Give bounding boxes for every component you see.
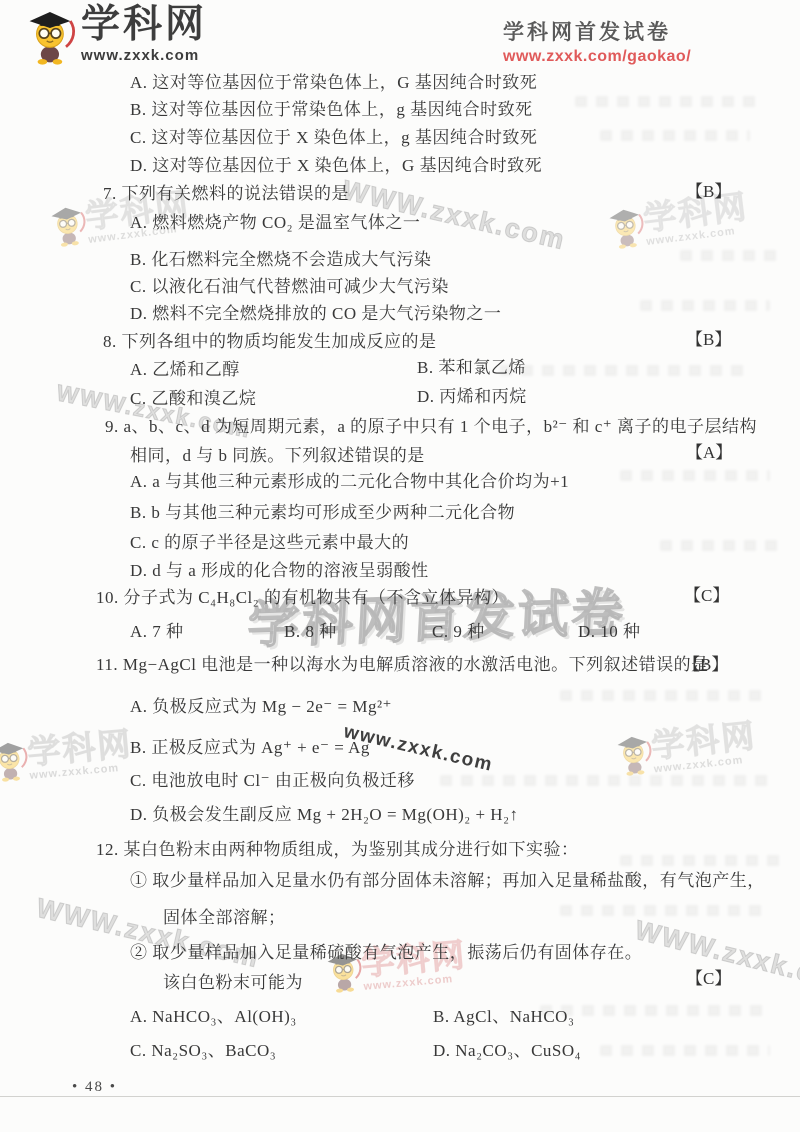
question-10-option-d: D. 10 种 [578,617,641,642]
bleedthrough-smudge [540,1005,770,1016]
bleedthrough-smudge [575,96,760,107]
question-6-option-d: D. 这对等位基因位于 X 染色体上，G 基因纯合时致死 [130,151,542,176]
page-number: • 48 • [72,1079,117,1096]
question-9-option-a: A. a 与其他三种元素形成的二元化合物中其化合价均为+1 [130,467,569,492]
answer-badge-11: 【B】 [683,650,728,675]
watermark-site-url: www.zxxk.com [653,753,759,776]
bleedthrough-smudge [660,540,780,551]
question-8-option-d: D. 丙烯和丙烷 [417,382,527,407]
question-6-option-b: B. 这对等位基因位于常染色体上，g 基因纯合时致死 [130,95,533,120]
bleedthrough-smudge [620,855,780,866]
zxxk-mascot-icon [24,5,78,65]
question-6-option-c: C. 这对等位基因位于 X 染色体上，g 基因纯合时致死 [130,123,537,148]
question-10-option-b: B. 8 种 [284,617,337,642]
question-11-stem: 11. Mg−AgCl 电池是一种以海水为电解质溶液的水激活电池。下列叙述错误的… [96,650,709,675]
question-9-stem-line1: 9. a、b、c、d 为短周期元素，a 的原子中只有 1 个电子，b²⁻ 和 c… [105,412,757,437]
answer-badge-10: 【C】 [684,581,729,606]
question-7-option-c: C. 以液化石油气代替燃油可减少大气污染 [130,272,449,297]
question-11-option-b: B. 正极反应式为 Ag⁺ + e⁻ = Ag [130,733,370,758]
question-12-option-c: C. Na₂SO₃、BaCO₃ [130,1036,276,1061]
question-7-option-d: D. 燃料不完全燃烧排放的 CO 是大气污染物之一 [130,299,501,324]
zxxk-logo-url: www.zxxk.com [81,47,207,64]
watermark-site-url: www.zxxk.com [646,223,752,248]
bottom-divider-line [0,1096,800,1097]
watermark-mascot-icon [0,736,30,783]
watermark-mascot-icon [606,202,647,250]
watermark-logo-mid-right: 学科网 www.zxxk.com [614,719,759,779]
watermark-mascot-icon [614,730,654,778]
question-11-option-d: D. 负极会发生副反应 Mg + 2H₂O = Mg(OH)₂ + H₂↑ [130,800,519,825]
question-10-option-a: A. 7 种 [130,617,184,642]
question-12-stem: 12. 某白色粉末由两种物质组成，为鉴别其成分进行如下实验： [96,835,579,860]
question-9-option-b: B. b 与其他三种元素均可形成至少两种二元化合物 [130,498,515,523]
bleedthrough-smudge [440,775,770,786]
question-7-option-a: A. 燃料燃烧产物 CO₂ 是温室气体之一 [130,208,420,233]
bleedthrough-smudge [600,130,750,141]
question-12-subquestion: 该白色粉末可能为 [163,968,303,993]
question-9-option-c: C. c 的原子半径是这些元素中最大的 [130,528,409,553]
question-6-option-a: A. 这对等位基因位于常染色体上，G 基因纯合时致死 [130,68,537,93]
header-right-block: 学科网首发试卷 www.zxxk.com/gaokao/ [503,16,691,66]
question-8-stem: 8. 下列各组中的物质均能发生加成反应的是 [103,327,437,352]
bleedthrough-smudge [620,470,770,481]
zxxk-logo: 学科网 www.zxxk.com [24,5,207,65]
bleedthrough-smudge [500,365,750,376]
scanned-exam-page: 学科网 www.zxxk.com 学科网首发试卷 www.zxxk.com/ga… [0,0,800,1132]
watermark-site-name: 学科网 [26,727,133,769]
watermark-logo-mid-left: 学科网 www.zxxk.com [0,727,135,785]
question-10-stem: 10. 分子式为 C₄H₈Cl₂ 的有机物共有（不含立体异构） [96,583,509,608]
zxxk-logo-name: 学科网 [81,5,207,46]
question-9-option-d: D. d 与 a 形成的化合物的溶液呈弱酸性 [130,556,429,581]
question-9-stem-line2: 相同，d 与 b 同族。下列叙述错误的是 [130,441,425,466]
question-12-step2: ② 取少量样品加入足量稀硫酸有气泡产生，振荡后仍有固体存在。 [130,938,642,963]
question-12-option-b: B. AgCl、NaHCO₃ [433,1002,574,1027]
bleedthrough-smudge [680,250,780,261]
answer-badge-7: 【B】 [686,177,731,202]
question-11-option-c: C. 电池放电时 Cl⁻ 由正极向负极迁移 [130,766,415,791]
question-11-option-a: A. 负极反应式为 Mg − 2e⁻ = Mg²⁺ [130,692,392,717]
bleedthrough-smudge [640,300,770,311]
question-12-option-d: D. Na₂CO₃、CuSO₄ [433,1036,581,1061]
gaokao-url: www.zxxk.com/gaokao/ [503,48,691,66]
watermark-site-url: www.zxxk.com [29,761,135,782]
question-7-option-b: B. 化石燃料完全燃烧不会造成大气污染 [130,245,431,270]
answer-badge-8: 【B】 [686,325,731,350]
answer-badge-12: 【C】 [686,964,731,989]
answer-badge-9: 【A】 [686,438,732,463]
question-8-option-c: C. 乙酸和溴乙烷 [130,384,256,409]
question-8-option-a: A. 乙烯和乙醇 [130,355,240,380]
bleedthrough-smudge [560,690,770,701]
bleedthrough-smudge [600,1045,770,1056]
question-8-option-b: B. 苯和氯乙烯 [417,353,526,378]
question-7-stem: 7. 下列有关燃料的说法错误的是 [103,179,349,204]
watermark-site-url: www.zxxk.com [363,972,469,993]
first-release-title: 学科网首发试卷 [503,16,691,46]
question-12-step1-cont: 固体全部溶解； [163,903,286,928]
question-12-option-a: A. NaHCO₃、Al(OH)₃ [130,1002,297,1027]
bleedthrough-smudge [560,905,770,916]
watermark-site-name: 学科网 [650,719,758,763]
question-12-step1: ① 取少量样品加入足量水仍有部分固体未溶解；再加入足量稀盐酸，有气泡产生， [130,866,765,891]
watermark-mascot-icon [48,200,89,248]
question-10-option-c: C. 9 种 [432,617,485,642]
